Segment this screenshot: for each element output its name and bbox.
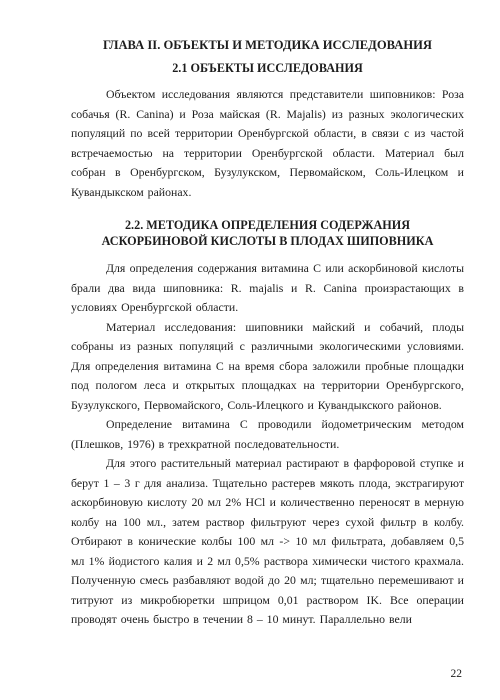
page-number: 22 — [451, 668, 463, 680]
section-2-2-heading: 2.2. МЕТОДИКА ОПРЕДЕЛЕНИЯ СОДЕРЖАНИЯ АСК… — [71, 217, 464, 249]
section-2-2-paragraph-3: Определение витамина С проводили йодомет… — [71, 415, 464, 454]
section-2-1-paragraph-1: Объектом исследования являются представи… — [71, 85, 464, 202]
chapter-heading: ГЛАВА II. ОБЪЕКТЫ И МЕТОДИКА ИССЛЕДОВАНИ… — [71, 36, 464, 54]
document-page: ГЛАВА II. ОБЪЕКТЫ И МЕТОДИКА ИССЛЕДОВАНИ… — [0, 0, 500, 700]
section-2-2-paragraph-2: Материал исследования: шиповники майский… — [71, 318, 464, 416]
section-2-1-heading: 2.1 ОБЪЕКТЫ ИССЛЕДОВАНИЯ — [71, 60, 464, 76]
section-2-2-paragraph-1: Для определения содержания витамина С ил… — [71, 259, 464, 318]
section-2-2-paragraph-4: Для этого растительный материал растираю… — [71, 454, 464, 630]
